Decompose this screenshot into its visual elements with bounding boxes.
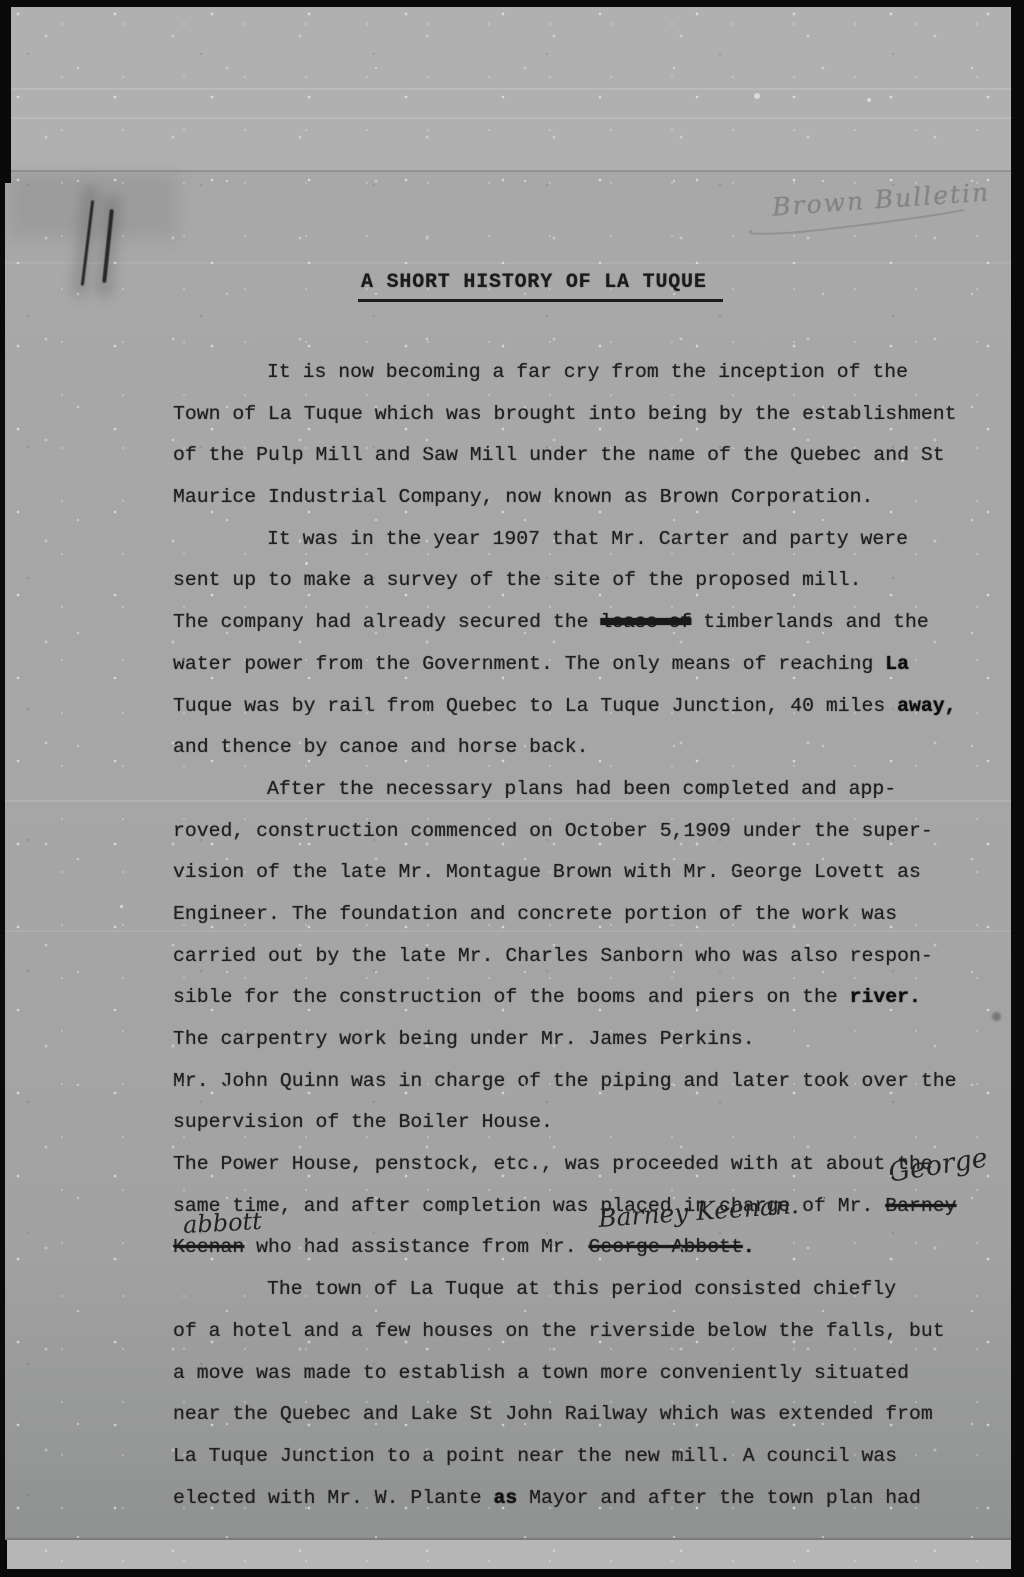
typewritten-segment: The town of La Tuque at this period cons…	[267, 1278, 896, 1300]
typewritten-line: same time, and after completion was plac…	[173, 1186, 985, 1228]
typewritten-segment: Mr. John Quinn was in charge of the pipi…	[173, 1070, 956, 1092]
typewritten-line: After the necessary plans had been compl…	[173, 769, 985, 811]
film-edge-bottom	[0, 1569, 1024, 1577]
typewritten-segment: Maurice Industrial Company, now known as…	[173, 486, 873, 508]
typewritten-segment: Mayor and after the town plan had	[517, 1487, 921, 1509]
typewritten-line: vision of the late Mr. Montague Brown wi…	[173, 852, 985, 894]
typewritten-segment: carried out by the late Mr. Charles Sanb…	[173, 945, 933, 967]
film-edge-top	[0, 0, 1024, 7]
typewritten-line: La Tuque Junction to a point near the ne…	[173, 1436, 985, 1478]
struck-out-text: Keenan	[173, 1236, 244, 1258]
typewritten-line: Town of La Tuque which was brought into …	[173, 394, 985, 436]
typewritten-segment: a move was made to establish a town more…	[173, 1362, 909, 1384]
typewritten-segment: near the Quebec and Lake St John Railway…	[173, 1403, 933, 1425]
page-bottom-edge	[5, 1538, 1011, 1540]
typewritten-line: carried out by the late Mr. Charles Sanb…	[173, 936, 985, 978]
typewritten-line: elected with Mr. W. Plante as Mayor and …	[173, 1478, 985, 1520]
typewritten-line: of a hotel and a few houses on the river…	[173, 1311, 985, 1353]
dust-speck	[754, 93, 760, 99]
typewritten-segment: La Tuque Junction to a point near the ne…	[173, 1445, 897, 1467]
typewritten-segment: roved, construction commenced on October…	[173, 820, 933, 842]
struck-out-text: lease of	[600, 611, 691, 633]
struck-out-text: George Abbott	[588, 1236, 742, 1258]
typewritten-segment: sible for the construction of the booms …	[173, 986, 850, 1008]
paper-bottom-band	[7, 1540, 1011, 1569]
struck-out-text: Barney	[885, 1195, 956, 1217]
typewritten-text: It is now becoming a far cry from the in…	[173, 352, 985, 1519]
typewritten-segment: water power from the Government. The onl…	[173, 653, 885, 675]
film-edge-right	[1011, 0, 1024, 1577]
dust-speck	[992, 1012, 1001, 1021]
typewritten-segment: It is now becoming a far cry from the in…	[267, 361, 908, 383]
typewritten-line: The company had already secured the leas…	[173, 602, 985, 644]
typewritten-segment: .	[743, 1236, 755, 1258]
typewritten-segment: La	[885, 653, 909, 675]
typewritten-segment: Town of La Tuque which was brought into …	[173, 403, 956, 425]
typewritten-segment: The carpentry work being under Mr. James…	[173, 1028, 755, 1050]
handwritten-note-abbott: abbott	[182, 1207, 262, 1239]
dust-speck	[120, 905, 123, 908]
typewritten-line: It is now becoming a far cry from the in…	[173, 352, 985, 394]
typewritten-segment: of a hotel and a few houses on the river…	[173, 1320, 945, 1342]
dust-speck	[473, 1330, 476, 1333]
typewritten-line: The town of La Tuque at this period cons…	[173, 1269, 985, 1311]
film-edge-left	[0, 0, 5, 1577]
dust-speck	[901, 459, 904, 462]
scan-line	[5, 262, 1011, 264]
typewritten-segment: and thence by canoe and horse back.	[173, 736, 588, 758]
page-title: A SHORT HISTORY OF LA TUQUE	[358, 271, 723, 302]
typewritten-segment: Engineer. The foundation and concrete po…	[173, 903, 897, 925]
typewritten-line: supervision of the Boiler House.	[173, 1102, 985, 1144]
typewritten-line: Keenan who had assistance from Mr. Georg…	[173, 1227, 985, 1269]
scanned-document-photo: Brown Bulletin A SHORT HISTORY OF LA TUQ…	[0, 0, 1024, 1577]
typewritten-line: The carpentry work being under Mr. James…	[173, 1019, 985, 1061]
scan-line	[5, 88, 1011, 90]
typewritten-line: of the Pulp Mill and Saw Mill under the …	[173, 435, 985, 477]
typewritten-line: It was in the year 1907 that Mr. Carter …	[173, 519, 985, 561]
typewritten-line: Tuque was by rail from Quebec to La Tuqu…	[173, 686, 985, 728]
typewritten-segment: of the Pulp Mill and Saw Mill under the …	[173, 444, 945, 466]
typewritten-segment: The company had already secured the	[173, 611, 600, 633]
typewritten-segment: away,	[897, 695, 956, 717]
film-edge-left-top	[0, 0, 11, 183]
typewritten-segment: The Power House, penstock, etc., was pro…	[173, 1153, 933, 1175]
typewritten-line: near the Quebec and Lake St John Railway…	[173, 1394, 985, 1436]
typewritten-line: sent up to make a survey of the site of …	[173, 560, 985, 602]
typewritten-segment: sent up to make a survey of the site of …	[173, 569, 862, 591]
typewritten-segment: It was in the year 1907 that Mr. Carter …	[267, 528, 908, 550]
typewritten-segment: timberlands and the	[691, 611, 928, 633]
typewritten-segment: elected with Mr. W. Plante	[173, 1487, 494, 1509]
typewritten-line: The Power House, penstock, etc., was pro…	[173, 1144, 985, 1186]
dust-speck	[305, 562, 308, 565]
typewritten-line: Engineer. The foundation and concrete po…	[173, 894, 985, 936]
dust-speck	[867, 98, 871, 102]
scan-line	[5, 117, 1011, 119]
typewritten-line: roved, construction commenced on October…	[173, 811, 985, 853]
typewritten-line: Mr. John Quinn was in charge of the pipi…	[173, 1061, 985, 1103]
typewritten-segment: vision of the late Mr. Montague Brown wi…	[173, 861, 921, 883]
typewritten-line: sible for the construction of the booms …	[173, 977, 985, 1019]
typewritten-line: and thence by canoe and horse back.	[173, 727, 985, 769]
typewritten-segment: who had assistance from Mr.	[244, 1236, 588, 1258]
typewritten-line: water power from the Government. The onl…	[173, 644, 985, 686]
typewritten-segment: supervision of the Boiler House.	[173, 1111, 553, 1133]
typewritten-line: a move was made to establish a town more…	[173, 1353, 985, 1395]
typewritten-segment: as	[494, 1487, 518, 1509]
typewritten-segment: Tuque was by rail from Quebec to La Tuqu…	[173, 695, 897, 717]
typewritten-segment: After the necessary plans had been compl…	[267, 778, 896, 800]
typewritten-line: Maurice Industrial Company, now known as…	[173, 477, 985, 519]
typewritten-segment: river.	[850, 986, 921, 1008]
